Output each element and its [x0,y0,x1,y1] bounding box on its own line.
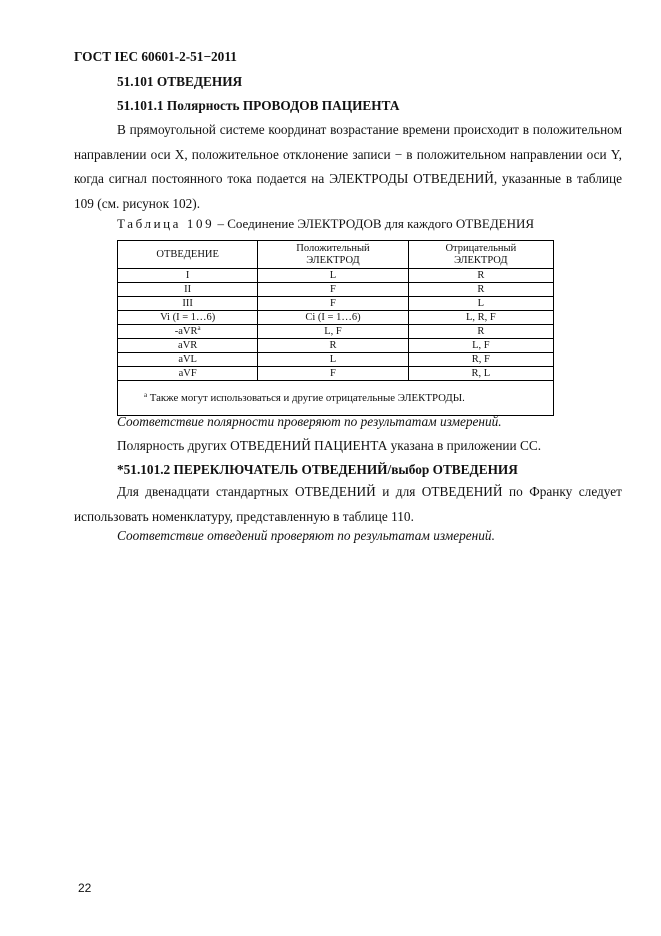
cell-lead: aVR [118,339,258,353]
table-caption-label: Таблица 109 [117,216,214,231]
cell-negative-electrode: R [408,269,553,283]
cell-negative-electrode: L, F [408,339,553,353]
cell-lead: Vi (I = 1…6) [118,311,258,325]
table-row: IIIFL [118,297,554,311]
header-positive-electrode: ПоложительныйЭЛЕКТРОД [258,241,408,269]
cell-lead: II [118,283,258,297]
table-row: ILR [118,269,554,283]
subsection-title: 51.101.1 Полярность ПРОВОДОВ ПАЦИЕНТА [117,98,399,114]
cell-negative-electrode: L [408,297,553,311]
header-negative-electrode: ОтрицательныйЭЛЕКТРОД [408,241,553,269]
cell-positive-electrode: Ci (I = 1…6) [258,311,408,325]
table-row: aVLLR, F [118,353,554,367]
cell-negative-electrode: R [408,325,553,339]
document-header: ГОСТ IEC 60601-2-51−2011 [74,49,237,65]
cell-negative-electrode: R, F [408,353,553,367]
cell-negative-electrode: R, L [408,367,553,381]
table-footnote-row: a Также могут использоваться и другие от… [118,381,554,416]
table-header-row: ОТВЕДЕНИЕ ПоложительныйЭЛЕКТРОД Отрицате… [118,241,554,269]
header-lead: ОТВЕДЕНИЕ [118,241,258,269]
lead-nomenclature-text: Для двенадцати стандартных ОТВЕДЕНИЙ и д… [74,484,622,524]
cell-positive-electrode: L [258,269,408,283]
polarity-paragraph: В прямоугольной системе координат возрас… [74,118,622,216]
cell-positive-electrode: F [258,367,408,381]
page-number: 22 [78,881,91,895]
subsection-title-2: *51.101.2 ПЕРЕКЛЮЧАТЕЛЬ ОТВЕДЕНИЙ/выбор … [117,462,518,478]
footnote-marker: a [197,324,200,332]
table-row: IIFR [118,283,554,297]
cell-positive-electrode: F [258,297,408,311]
table-caption-text: – Соединение ЭЛЕКТРОДОВ для каждого ОТВЕ… [214,216,534,231]
cell-positive-electrode: L [258,353,408,367]
cell-lead: aVF [118,367,258,381]
cell-negative-electrode: R [408,283,553,297]
electrode-connection-table: ОТВЕДЕНИЕ ПоложительныйЭЛЕКТРОД Отрицате… [117,240,554,416]
compliance-polarity-note: Соответствие полярности проверяют по рез… [117,414,502,430]
table-footnote: a Также могут использоваться и другие от… [118,381,554,416]
cell-positive-electrode: F [258,283,408,297]
cell-lead: aVL [118,353,258,367]
compliance-leads-note: Соответствие отведений проверяют по резу… [117,528,495,544]
cell-positive-electrode: R [258,339,408,353]
cell-negative-electrode: L, R, F [408,311,553,325]
cell-positive-electrode: L, F [258,325,408,339]
lead-nomenclature-paragraph: Для двенадцати стандартных ОТВЕДЕНИЙ и д… [74,480,622,529]
table-row: -aVRaL, FR [118,325,554,339]
polarity-paragraph-text: В прямоугольной системе координат возрас… [74,122,622,211]
table-row: Vi (I = 1…6)Ci (I = 1…6)L, R, F [118,311,554,325]
section-title: 51.101 ОТВЕДЕНИЯ [117,74,242,90]
other-leads-polarity-note: Полярность других ОТВЕДЕНИЙ ПАЦИЕНТА ука… [117,438,541,454]
cell-lead: I [118,269,258,283]
cell-lead: III [118,297,258,311]
cell-lead: -aVRa [118,325,258,339]
table-caption: Таблица 109 – Соединение ЭЛЕКТРОДОВ для … [117,216,534,232]
table-row: aVFFR, L [118,367,554,381]
table-row: aVRRL, F [118,339,554,353]
